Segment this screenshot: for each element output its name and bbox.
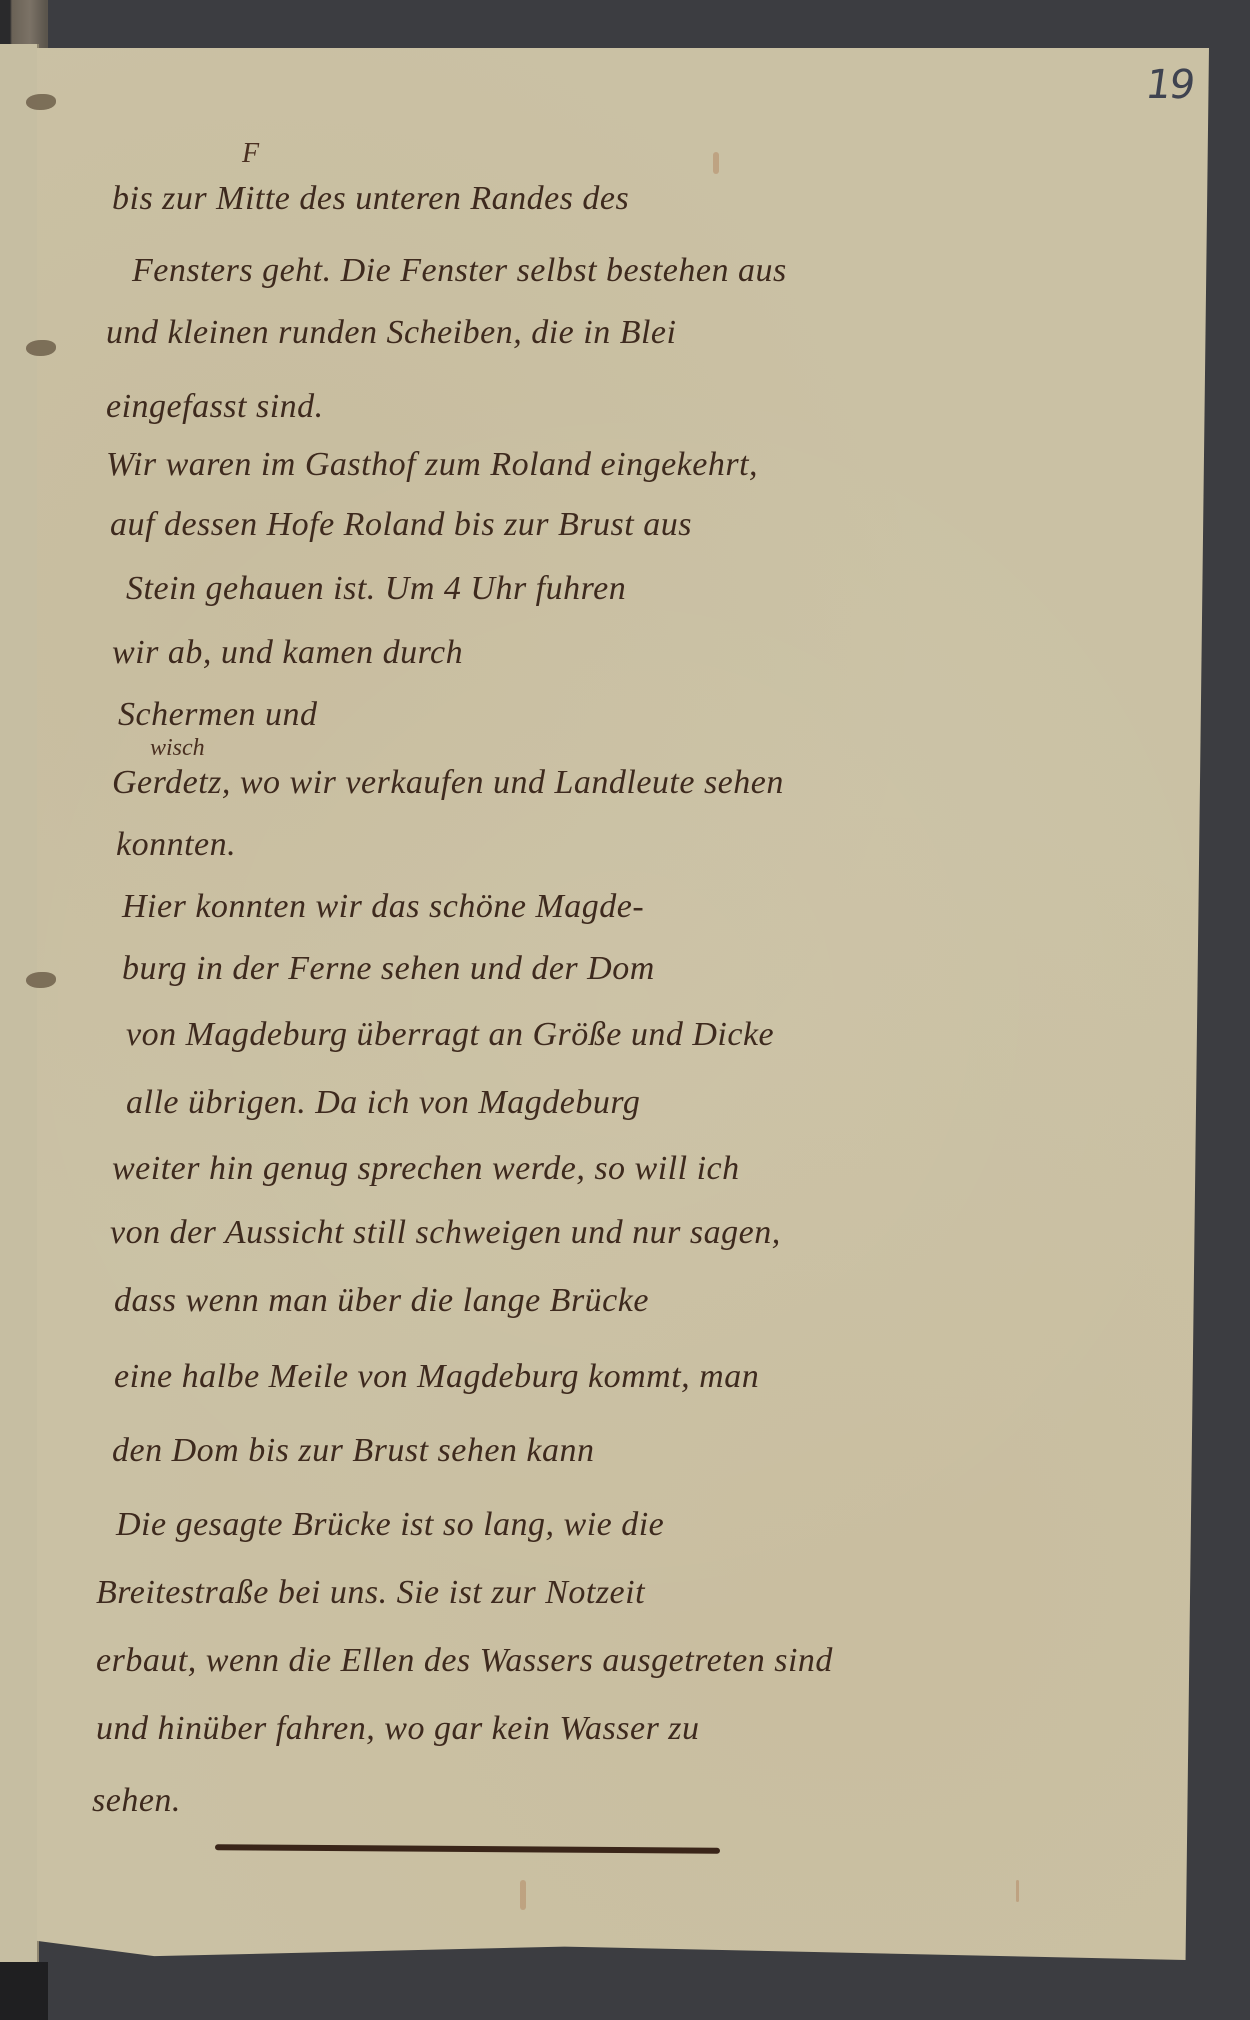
text-line: wir ab, und kamen durch [112, 634, 463, 672]
text-line: Breitestraße bei uns. Sie ist zur Notzei… [96, 1574, 645, 1612]
text-line: Gerdetz, wo wir verkaufen und Landleute … [112, 764, 784, 802]
text-line: weiter hin genug sprechen werde, so will… [112, 1150, 740, 1188]
text-line: dass wenn man über die lange Brücke [114, 1282, 649, 1320]
paper-fleck [713, 152, 719, 174]
text-line: burg in der Ferne sehen und der Dom [122, 950, 655, 988]
text-line: konnten. [116, 826, 236, 864]
binding-stitch [26, 94, 56, 110]
binding-stitch [26, 340, 56, 356]
text-line: und hinüber fahren, wo gar kein Wasser z… [96, 1710, 700, 1748]
text-line: alle übrigen. Da ich von Magdeburg [126, 1084, 640, 1122]
facing-page-edge [0, 44, 39, 1962]
text-line: bis zur Mitte des unteren Randes des [112, 180, 629, 218]
paper-fleck [520, 1880, 526, 1910]
text-line: eine halbe Meile von Magdeburg kommt, ma… [114, 1358, 759, 1396]
text-line: Fensters geht. Die Fenster selbst besteh… [132, 252, 787, 290]
text-line: von der Aussicht still schweigen und nur… [110, 1214, 781, 1252]
book-binding [0, 0, 48, 48]
text-line: Die gesagte Brücke ist so lang, wie die [116, 1506, 664, 1544]
text-line: auf dessen Hofe Roland bis zur Brust aus [110, 506, 692, 544]
text-line: Stein gehauen ist. Um 4 Uhr fuhren [126, 570, 626, 608]
text-line: eingefasst sind. [106, 388, 324, 426]
text-line: Wir waren im Gasthof zum Roland eingekeh… [106, 446, 758, 484]
insertion-mark: F [242, 138, 259, 170]
text-line: Schermen und [118, 696, 318, 734]
text-line: Hier konnten wir das schöne Magde- [122, 888, 644, 926]
text-line: von Magdeburg überragt an Größe und Dick… [126, 1016, 774, 1054]
text-line: den Dom bis zur Brust sehen kann [112, 1432, 595, 1470]
binding-stitch [26, 972, 56, 988]
text-line: und kleinen runden Scheiben, die in Blei [106, 314, 676, 352]
text-line: erbaut, wenn die Ellen des Wassers ausge… [96, 1642, 833, 1680]
text-line: sehen. [92, 1782, 181, 1820]
page-number: 19 [1143, 62, 1196, 108]
binding-shadow [0, 1962, 48, 2020]
paper-fleck [1016, 1880, 1019, 1902]
insertion-mark: wisch [150, 735, 205, 762]
